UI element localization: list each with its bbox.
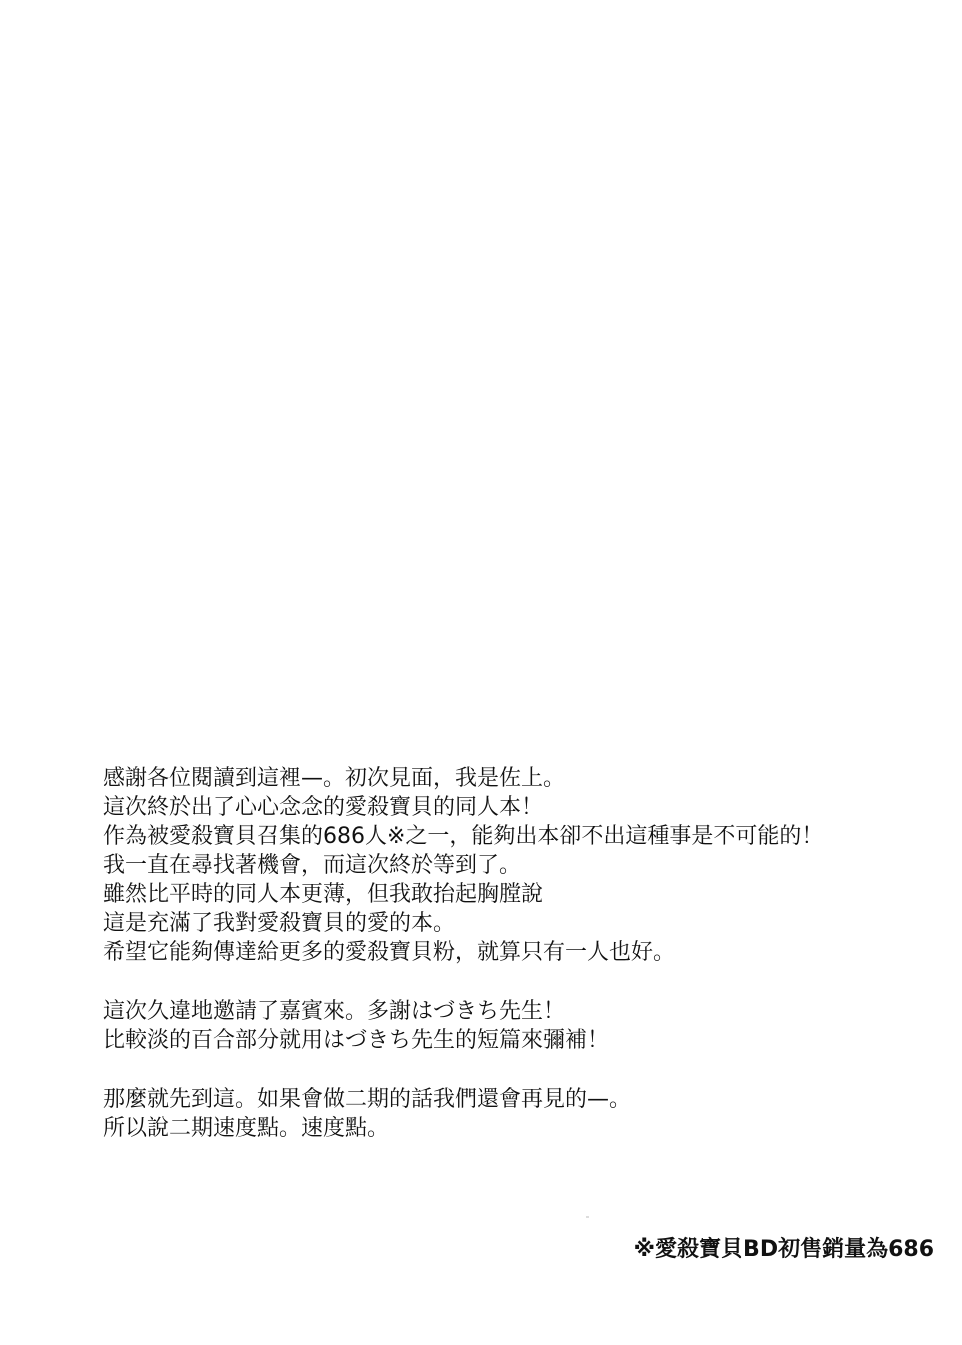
paragraph-gap — [103, 967, 923, 997]
text-line: 那麼就先到這。如果會做二期的話我們還會再見的—。 — [103, 1085, 923, 1114]
text-line: 這次久違地邀請了嘉賓來。多謝はづきち先生！ — [103, 997, 923, 1026]
text-line: 比較淡的百合部分就用はづきち先生的短篇來彌補！ — [103, 1026, 923, 1055]
paragraph-closing: 那麼就先到這。如果會做二期的話我們還會再見的—。 所以說二期速度點。速度點。 — [103, 1085, 923, 1143]
paragraph-guest: 這次久違地邀請了嘉賓來。多謝はづきち先生！ 比較淡的百合部分就用はづきち先生的短… — [103, 997, 923, 1055]
text-line: 所以說二期速度點。速度點。 — [103, 1114, 923, 1143]
text-line: 雖然比平時的同人本更薄，但我敢抬起胸膛說 — [103, 880, 923, 909]
text-line: 作為被愛殺寶貝召集的686人※之一，能夠出本卻不出這種事是不可能的！ — [103, 822, 923, 851]
text-line: 這次終於出了心心念念的愛殺寶貝的同人本！ — [103, 793, 923, 822]
text-line: 這是充滿了我對愛殺寶貝的愛的本。 — [103, 909, 923, 938]
paragraph-gap — [103, 1055, 923, 1085]
footnote: ※愛殺寶貝BD初售銷量為686 — [634, 1236, 934, 1264]
paragraph-intro: 感謝各位閱讀到這裡—。初次見面，我是佐上。 這次終於出了心心念念的愛殺寶貝的同人… — [103, 764, 923, 967]
text-line: 我一直在尋找著機會，而這次終於等到了。 — [103, 851, 923, 880]
scan-speck — [586, 1216, 589, 1218]
text-line: 希望它能夠傳達給更多的愛殺寶貝粉，就算只有一人也好。 — [103, 938, 923, 967]
afterword-text: 感謝各位閱讀到這裡—。初次見面，我是佐上。 這次終於出了心心念念的愛殺寶貝的同人… — [103, 764, 923, 1143]
text-line: 感謝各位閱讀到這裡—。初次見面，我是佐上。 — [103, 764, 923, 793]
